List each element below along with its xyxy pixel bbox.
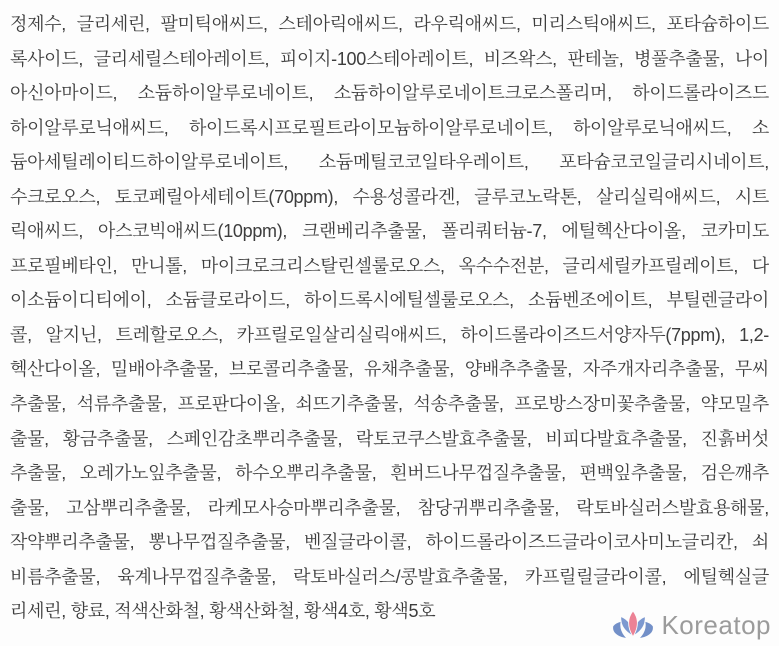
- ingredients-line: 하이알루로닉애씨드, 하이드록시프로필트라이모늄하이알루로네이트, 하이알루로닉…: [10, 111, 769, 146]
- ingredients-line: 출물, 고삼뿌리추출물, 라케모사승마뿌리추출물, 참당귀뿌리추출물, 락토바실…: [10, 491, 769, 526]
- ingredients-line: 프로필베타인, 만니톨, 마이크로크리스탈린셀룰로오스, 옥수수전분, 글리세릴…: [10, 249, 769, 284]
- ingredients-page: 정제수, 글리세린, 팔미틱애씨드, 스테아릭애씨드, 라우릭애씨드, 미리스틱…: [0, 0, 779, 646]
- lotus-flower-icon: [610, 608, 656, 641]
- ingredients-line: 추출물, 오레가노잎추출물, 하수오뿌리추출물, 흰버드나무껍질추출물, 편백잎…: [10, 456, 769, 491]
- ingredients-line: 추출물, 석류추출물, 프로판다이올, 쇠뜨기추출물, 석송추출물, 프로방스장…: [10, 387, 769, 422]
- ingredients-line: 정제수, 글리세린, 팔미틱애씨드, 스테아릭애씨드, 라우릭애씨드, 미리스틱…: [10, 7, 769, 42]
- ingredients-line: 헥산다이올, 밀배아추출물, 브로콜리추출물, 유채추출물, 양배추추출물, 자…: [10, 352, 769, 387]
- ingredients-line: 작약뿌리추출물, 뽕나무껍질추출물, 벤질글라이콜, 하이드롤라이즈드글라이코사…: [10, 525, 769, 560]
- logo-text: Koreatop: [661, 612, 771, 638]
- ingredients-line: 아신아마이드, 소듐하이알루로네이트, 소듐하이알루로네이트크로스폴리머, 하이…: [10, 76, 769, 111]
- koreatop-logo: Koreatop: [610, 608, 771, 641]
- ingredients-line: 출물, 황금추출물, 스페인감초뿌리추출물, 락토코쿠스발효추출물, 비피다발효…: [10, 422, 769, 457]
- ingredients-line: 릭애씨드, 아스코빅애씨드(10ppm), 크랜베리추출물, 폴리쿼터늄-7, …: [10, 214, 769, 249]
- ingredients-line: 듐아세틸레이티드하이알루로네이트, 소듐메틸코코일타우레이트, 포타슘코코일글리…: [10, 145, 769, 180]
- ingredients-line: 비름추출물, 육계나무껍질추출물, 락토바실러스/콩발효추출물, 카프릴릴글라이…: [10, 560, 769, 595]
- ingredients-line: 수크로오스, 토코페릴아세테이트(70ppm), 수용성콜라겐, 글루코노락톤,…: [10, 180, 769, 215]
- ingredients-line: 록사이드, 글리세릴스테아레이트, 피이지-100스테아레이트, 비즈왁스, 판…: [10, 42, 769, 77]
- ingredients-line: 콜, 알지닌, 트레할로오스, 카프릴로일살리실릭애씨드, 하이드롤라이즈드서양…: [10, 318, 769, 353]
- ingredients-line: 이소듐이디티에이, 소듐클로라이드, 하이드록시에틸셀룰로오스, 소듐벤조에이트…: [10, 283, 769, 318]
- ingredients-text-block: 정제수, 글리세린, 팔미틱애씨드, 스테아릭애씨드, 라우릭애씨드, 미리스틱…: [10, 7, 769, 629]
